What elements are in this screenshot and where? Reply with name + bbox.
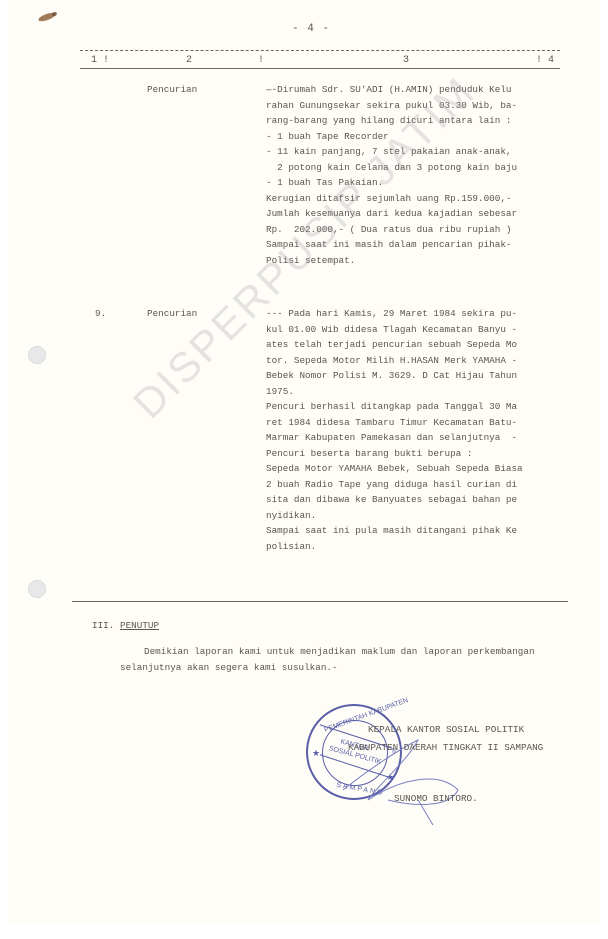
header-col-1: 1 ! <box>91 55 109 66</box>
section-number: III. <box>92 619 114 632</box>
entry-text-line: Marmar Kabupaten Pamekasan dan selanjutn… <box>266 431 517 444</box>
entry-text-line: Polisi setempat. <box>266 254 355 267</box>
punch-hole <box>28 580 46 598</box>
entry-text-line: sita dan dibawa ke Banyuates sebagai bah… <box>266 493 517 506</box>
signature-name: SUNOMO BINTORO. <box>394 793 478 804</box>
star-icon: ★ <box>312 748 320 759</box>
entry-text-line: - 1 buah Tas Pakaian. <box>266 176 383 189</box>
signature-title-line1: KEPALA KANTOR SOSIAL POLITIK <box>368 724 524 735</box>
header-col-2: 2 <box>186 55 192 66</box>
entry-text-line: Sepeda Motor YAMAHA Bebek, Sebuah Sepeda… <box>266 462 523 475</box>
entry-text-line: 1975. <box>266 385 294 398</box>
page-number: - 4 - <box>292 23 330 35</box>
table-header-rule <box>80 68 560 69</box>
entry-text-line: kul 01.00 Wib didesa Tlagah Kecamatan Ba… <box>266 323 517 336</box>
entry-number: 9. <box>95 307 106 320</box>
entry-category: Pencurian <box>147 83 197 96</box>
header-col-3: 3 <box>403 55 409 66</box>
entry-text-line: Pencuri berhasil ditangkap pada Tanggal … <box>266 400 517 413</box>
closing-paragraph-line1: Demikian laporan kami untuk menjadikan m… <box>144 645 535 658</box>
entry-category: Pencurian <box>147 307 197 320</box>
signature-title-line2: KABUPATEN DAERAH TINGKAT II SAMPANG <box>348 742 543 753</box>
entry-text-line: —-Dirumah Sdr. SU'ADI (H.AMIN) penduduk … <box>266 83 511 96</box>
entry-text-line: Sampai saat ini pula masih ditangani pih… <box>266 524 517 537</box>
entry-text-line: 2 buah Radio Tape yang diduga hasil curi… <box>266 478 517 491</box>
entry-text-line: --- Pada hari Kamis, 29 Maret 1984 sekir… <box>266 307 517 320</box>
entry-text-line: 2 potong kain Celana dan 3 potong kain b… <box>266 161 517 174</box>
entry-text-line: Pencuri beserta barang bukti berupa : <box>266 447 472 460</box>
entry-text-line: ret 1984 didesa Tambaru Timur Kecamatan … <box>266 416 517 429</box>
entry-text-line: ates telah terjadi pencurian sebuah Sepe… <box>266 338 517 351</box>
entry-text-line: nyidikan. <box>266 509 316 522</box>
entry-text-line: Jumlah kesemuanya dari kedua kajadian se… <box>266 207 517 220</box>
entry-text-line: - 11 kain panjang, 7 stel pakaian anak-a… <box>266 145 511 158</box>
entry-text-line: polisian. <box>266 540 316 553</box>
header-col-4: ! 4 <box>536 55 554 66</box>
entry-text-line: Bebek Nomor Polisi M. 3629. D Cat Hijau … <box>266 369 517 382</box>
ink-smudge <box>51 11 57 16</box>
closing-paragraph-line2: selanjutnya akan segera kami susulkan.- <box>120 661 338 674</box>
entry-text-line: rahan Gunungsekar sekira pukul 03.30 Wib… <box>266 99 517 112</box>
entry-text-line: tor. Sepeda Motor Milih H.HASAN Merk YAM… <box>266 354 517 367</box>
document-page: - 4 - 1 ! 2 ! 3 ! 4 Pencurian —-Dirumah … <box>8 0 600 925</box>
entry-text-line: rang-barang yang hilang dicuri antara la… <box>266 114 511 127</box>
entry-text-line: - 1 buah Tape Recorder <box>266 130 389 143</box>
entry-text-line: Sampai saat ini masih dalam pencarian pi… <box>266 238 511 251</box>
section-title: PENUTUP <box>120 619 159 632</box>
punch-hole <box>28 346 46 364</box>
table-top-rule <box>80 50 560 51</box>
table-bottom-rule <box>72 601 568 602</box>
header-separator: ! <box>258 55 264 66</box>
entry-text-line: Rp. 202.000,- ( Dua ratus dua ribu rupia… <box>266 223 511 236</box>
entry-text-line: Kerugian ditafsir sejumlah uang Rp.159.0… <box>266 192 511 205</box>
